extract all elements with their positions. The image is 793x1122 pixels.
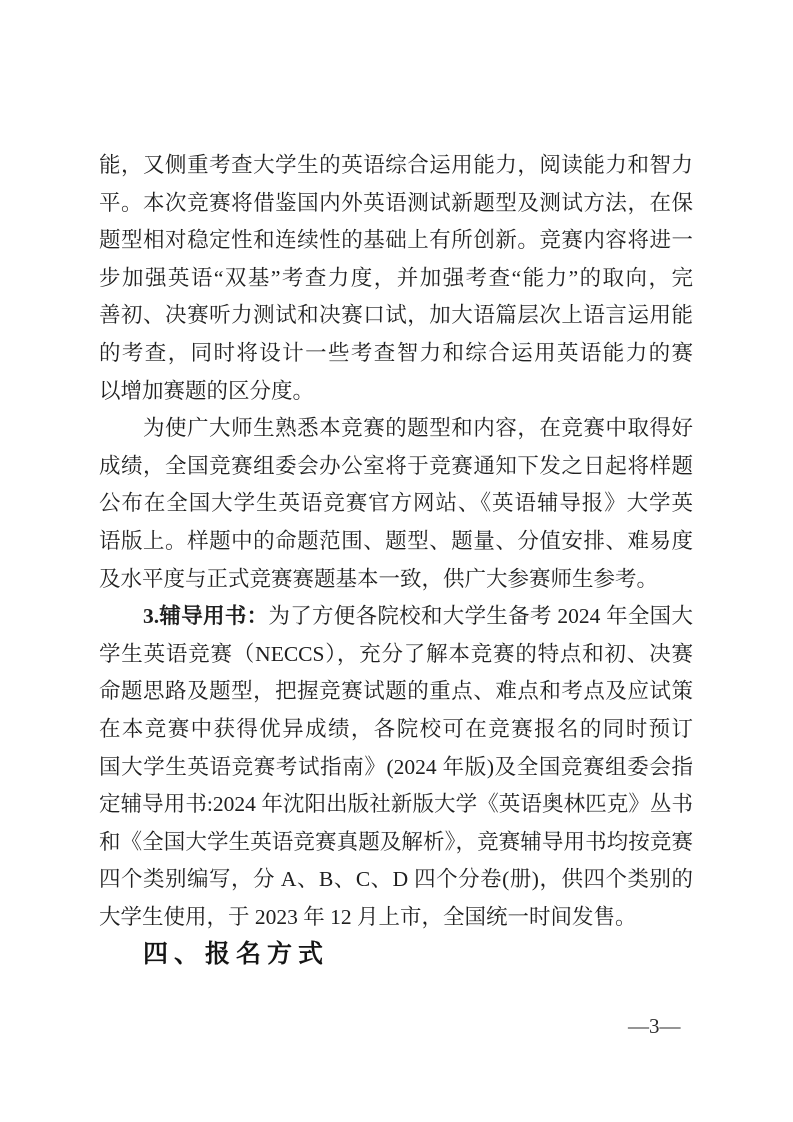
body-line: 和《全国大学生英语竞赛真题及解析》，竞赛辅导用书均按竞赛 [99, 824, 693, 862]
body-line: 善初、决赛听力测试和决赛口试，加大语篇层次上语言运用能力 [99, 297, 693, 335]
body-line: 的考查，同时将设计一些考查智力和综合运用英语能力的赛题， [99, 335, 693, 373]
body-line: 在本竞赛中获得优异成绩，各院校可在竞赛报名的同时预订《全 [99, 711, 693, 749]
paragraph-tutoring-books: 3.辅导用书：为了方便各院校和大学生备考 2024 年全国大 学生英语竞赛（NE… [99, 598, 693, 936]
body-line: 为使广大师生熟悉本竞赛的题型和内容，在竞赛中取得好 [99, 410, 693, 448]
body-line-text: 为了方便各院校和大学生备考 2024 年全国大 [268, 604, 693, 628]
section-heading: 四、报名方式 [99, 936, 693, 974]
body-line: 学生英语竞赛（NECCS），充分了解本竞赛的特点和初、决赛试题 [99, 636, 693, 674]
body-line: 公布在全国大学生英语竞赛官方网站、《英语辅导报》大学英 [99, 485, 693, 523]
inline-bold-label: 3.辅导用书： [143, 604, 268, 628]
body-line: 步加强英语“双基”考查力度，并加强考查“能力”的取向，完 [99, 260, 693, 298]
document-body: 能，又侧重考查大学生的英语综合运用能力，阅读能力和智力水 平。本次竞赛将借鉴国内… [99, 147, 693, 974]
body-line: 四个类别编写，分 A、B、C、D 四个分卷(册)，供四个类别的参赛 [99, 861, 693, 899]
body-line: 平。本次竞赛将借鉴国内外英语测试新题型及测试方法，在保持 [99, 185, 693, 223]
body-line: 3.辅导用书：为了方便各院校和大学生备考 2024 年全国大 [99, 598, 693, 636]
page-number: —3— [628, 1014, 681, 1039]
body-line: 命题思路及题型，把握竞赛试题的重点、难点和考点及应试策略， [99, 673, 693, 711]
body-line: 国大学生英语竞赛考试指南》(2024 年版)及全国竞赛组委会指 [99, 749, 693, 787]
body-line: 能，又侧重考查大学生的英语综合运用能力，阅读能力和智力水 [99, 147, 693, 185]
body-line: 语版上。样题中的命题范围、题型、题量、分值安排、难易度 [99, 523, 693, 561]
body-line: 定辅导用书:2024 年沈阳出版社新版大学《英语奥林匹克》丛书 [99, 786, 693, 824]
paragraph-competition-content: 能，又侧重考查大学生的英语综合运用能力，阅读能力和智力水 平。本次竞赛将借鉴国内… [99, 147, 693, 410]
body-line: 题型相对稳定性和连续性的基础上有所创新。竞赛内容将进一 [99, 222, 693, 260]
body-line: 成绩，全国竞赛组委会办公室将于竞赛通知下发之日起将样题 [99, 448, 693, 486]
body-line: 大学生使用，于 2023 年 12 月上市，全国统一时间发售。 [99, 899, 693, 937]
paragraph-sample-questions: 为使广大师生熟悉本竞赛的题型和内容，在竞赛中取得好 成绩，全国竞赛组委会办公室将… [99, 410, 693, 598]
body-line: 以增加赛题的区分度。 [99, 373, 693, 411]
document-page: 能，又侧重考查大学生的英语综合运用能力，阅读能力和智力水 平。本次竞赛将借鉴国内… [0, 0, 793, 1122]
body-line: 及水平度与正式竞赛赛题基本一致，供广大参赛师生参考。 [99, 561, 693, 599]
